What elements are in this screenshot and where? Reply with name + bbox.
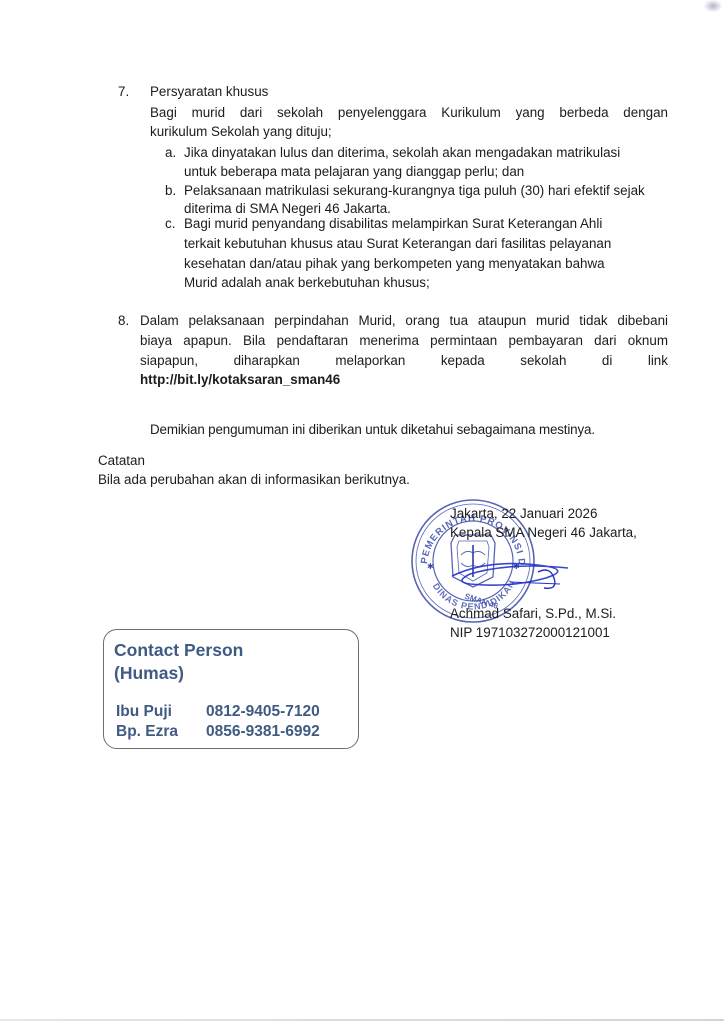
subitem-c-line2: terkait kebutuhan khusus atau Surat Kete…: [184, 236, 611, 251]
subitem-b-label: b.: [165, 183, 176, 198]
subitem-b-line1: Pelaksanaan matrikulasi sekurang-kurangn…: [184, 183, 645, 198]
word: kepada: [441, 353, 485, 368]
subitem-b-line2: diterima di SMA Negeri 46 Jakarta.: [184, 201, 391, 216]
contact-subtitle: (Humas): [114, 663, 184, 684]
subitem-a-label: a.: [165, 145, 176, 160]
item7-number: 7.: [118, 84, 129, 99]
item7-intro-line2: kurikulum Sekolah yang dituju;: [150, 124, 332, 139]
contact-name: Ibu Puji: [116, 703, 206, 721]
contact-phone[interactable]: 0856-9381-6992: [206, 723, 320, 740]
signatory-position: Kepala SMA Negeri 46 Jakarta,: [450, 525, 637, 540]
note-text: Bila ada perubahan akan di informasikan …: [98, 472, 410, 487]
contact-row: Bp. Ezra0856-9381-6992: [116, 723, 320, 741]
signatory-name: Achmad Safari, S.Pd., M.Si.: [450, 606, 616, 621]
subitem-a-line1: Jika dinyatakan lulus dan diterima, seko…: [184, 145, 620, 160]
scan-smudge: [704, 0, 722, 12]
item7-title: Persyaratan khusus: [150, 84, 268, 99]
subitem-c-label: c.: [165, 216, 175, 231]
subitem-c-line4: Murid adalah anak berkebutuhan khusus;: [184, 275, 430, 290]
closing-statement: Demikian pengumuman ini diberikan untuk …: [150, 422, 595, 437]
word: link: [648, 353, 668, 368]
word: siapapun,: [140, 353, 198, 368]
word: diharapkan: [234, 353, 300, 368]
subitem-c-line3: kesehatan dan/atau pihak yang berkompete…: [184, 256, 605, 271]
item8-number: 8.: [118, 313, 129, 328]
contact-row: Ibu Puji0812-9405-7120: [116, 703, 320, 721]
signatory-nip: NIP 197103272000121001: [450, 625, 610, 640]
item8-line2: biaya apapun. Bila pendaftaran menerima …: [140, 333, 668, 348]
item7-intro-line1: Bagi murid dari sekolah penyelenggara Ku…: [150, 105, 668, 120]
page-bottom-edge: [0, 1019, 724, 1021]
note-title: Catatan: [98, 453, 145, 468]
word: sekolah: [520, 353, 566, 368]
contact-name: Bp. Ezra: [116, 723, 206, 741]
item8-line1: Dalam pelaksanaan perpindahan Murid, ora…: [140, 313, 668, 328]
subitem-c-line1: Bagi murid penyandang disabilitas melamp…: [184, 216, 602, 231]
item8-line3: siapapun, diharapkan melaporkan kepada s…: [140, 353, 668, 368]
subitem-a-line2: untuk beberapa mata pelajaran yang diang…: [184, 164, 524, 179]
signature-scribble: [450, 548, 580, 598]
word: di: [602, 353, 612, 368]
svg-text:✱: ✱: [427, 562, 434, 571]
contact-title: Contact Person: [114, 640, 243, 661]
word: melaporkan: [335, 353, 405, 368]
report-link[interactable]: http://bit.ly/kotaksaran_sman46: [140, 372, 340, 387]
place-date: Jakarta, 22 Januari 2026: [450, 506, 597, 521]
contact-phone[interactable]: 0812-9405-7120: [206, 703, 320, 720]
